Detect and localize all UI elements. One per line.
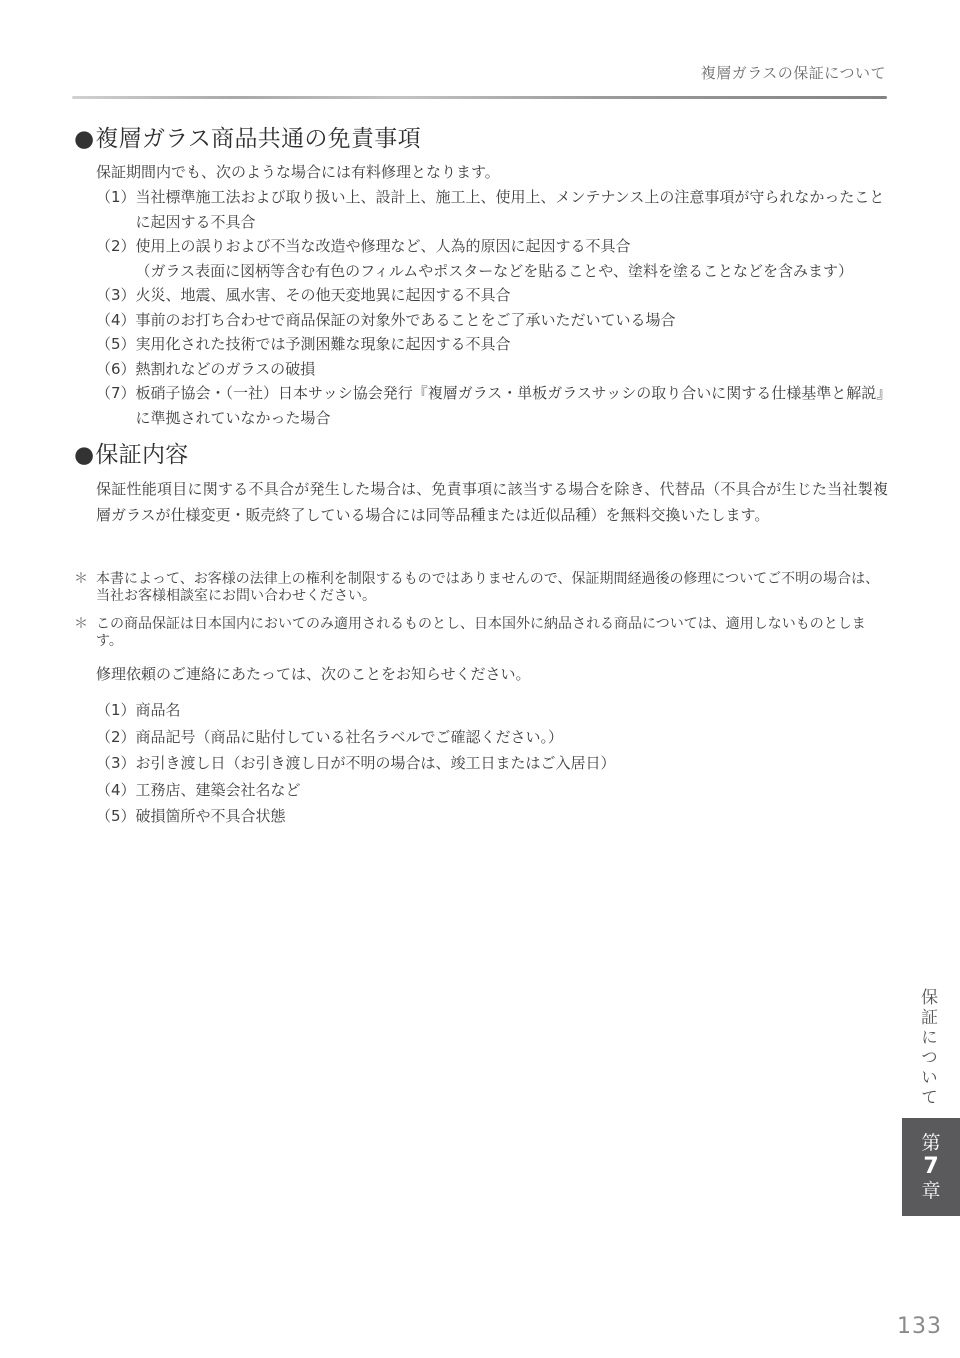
list-item: （2）商品記号（商品に貼付している社名ラベルでご確認ください。） — [96, 724, 888, 751]
item-text: お引き渡し日（お引き渡し日が不明の場合は、竣工日またはご入居日） — [136, 750, 888, 777]
item-number: （7） — [96, 381, 136, 430]
list-item: （2）使用上の誤りおよび不当な改造や修理など、人為的原因に起因する不具合（ガラス… — [96, 234, 888, 283]
list-item: （7）板硝子協会・（一社）日本サッシ協会発行『複層ガラス・単板ガラスサッシの取り… — [96, 381, 888, 430]
item-number: （3） — [96, 750, 136, 777]
list-item: （3）火災、地震、風水害、その他天変地異に起因する不具合 — [96, 283, 888, 308]
item-number: （2） — [96, 724, 136, 751]
item-body: 使用上の誤りおよび不当な改造や修理など、人為的原因に起因する不具合（ガラス表面に… — [136, 234, 888, 283]
chapter-prefix: 第 — [921, 1131, 940, 1155]
asterisk-icon: ＊ — [74, 616, 96, 650]
item-text: 商品記号（商品に貼付している社名ラベルでご確認ください。） — [136, 724, 888, 751]
list-item: （3）お引き渡し日（お引き渡し日が不明の場合は、竣工日またはご入居日） — [96, 750, 888, 777]
item-text: 実用化された技術では予測困難な現象に起因する不具合 — [136, 332, 888, 357]
chapter-suffix: 章 — [921, 1179, 940, 1203]
list-item: （6）熱割れなどのガラスの破損 — [96, 357, 888, 382]
note-item: ＊本書によって、お客様の法律上の権利を制限するものではありませんので、保証期間経… — [74, 571, 888, 605]
list-item: （4）工務店、建築会社名など — [96, 777, 888, 804]
section-title-warranty: ●保証内容 — [74, 436, 189, 469]
asterisk-icon: ＊ — [74, 571, 96, 605]
item-number: （4） — [96, 777, 136, 804]
page-number: 133 — [897, 1314, 942, 1339]
list-item: （4）事前のお打ち合わせで商品保証の対象外であることをご了承いただいている場合 — [96, 308, 888, 333]
contact-intro: 修理依頼のご連絡にあたっては、次のことをお知らせください。 — [96, 662, 531, 686]
item-text: 熱割れなどのガラスの破損 — [136, 357, 888, 382]
warranty-body: 保証性能項目に関する不具合が発生した場合は、免責事項に該当する場合を除き、代替品… — [96, 476, 888, 528]
item-text: 商品名 — [136, 697, 888, 724]
list-item: （5）破損箇所や不具合状態 — [96, 803, 888, 830]
disclaimer-intro: 保証期間内でも、次のような場合には有料修理となります。 — [96, 160, 500, 184]
chapter-number: 7 — [923, 1155, 938, 1179]
item-text: 板硝子協会・（一社）日本サッシ協会発行『複層ガラス・単板ガラスサッシの取り合いに… — [136, 381, 888, 430]
bullet-icon: ● — [74, 442, 94, 468]
item-text: 使用上の誤りおよび不当な改造や修理など、人為的原因に起因する不具合 — [136, 237, 631, 255]
item-subtext: （ガラス表面に図柄等含む有色のフィルムやポスターなどを貼ることや、塗料を塗ること… — [136, 262, 853, 280]
list-item: （1）商品名 — [96, 697, 888, 724]
note-text: 本書によって、お客様の法律上の権利を制限するものではありませんので、保証期間経過… — [96, 571, 888, 605]
item-number: （5） — [96, 803, 136, 830]
item-number: （6） — [96, 357, 136, 382]
section-title-text: 保証内容 — [95, 442, 188, 468]
section-title-text: 複層ガラス商品共通の免責事項 — [95, 126, 421, 152]
chapter-tab: 第 7 章 — [902, 1118, 960, 1216]
running-head: 複層ガラスの保証について — [701, 62, 886, 83]
list-item: （1）当社標準施工法および取り扱い上、設計上、施工上、使用上、メンテナンス上の注… — [96, 185, 888, 234]
note-text: この商品保証は日本国内においてのみ適用されるものとし、日本国外に納品される商品に… — [96, 616, 888, 650]
disclaimer-list: （1）当社標準施工法および取り扱い上、設計上、施工上、使用上、メンテナンス上の注… — [96, 185, 888, 430]
item-text: 破損箇所や不具合状態 — [136, 803, 888, 830]
item-text: 工務店、建築会社名など — [136, 777, 888, 804]
item-text: 当社標準施工法および取り扱い上、設計上、施工上、使用上、メンテナンス上の注意事項… — [136, 185, 888, 234]
item-text: 火災、地震、風水害、その他天変地異に起因する不具合 — [136, 283, 888, 308]
list-item: （5）実用化された技術では予測困難な現象に起因する不具合 — [96, 332, 888, 357]
section-title-disclaimer: ●複層ガラス商品共通の免責事項 — [74, 120, 421, 153]
item-number: （5） — [96, 332, 136, 357]
item-number: （4） — [96, 308, 136, 333]
header-rule — [72, 96, 887, 99]
side-section-label: 保証について — [914, 988, 940, 1108]
item-number: （1） — [96, 185, 136, 234]
note-item: ＊この商品保証は日本国内においてのみ適用されるものとし、日本国外に納品される商品… — [74, 616, 888, 650]
item-number: （3） — [96, 283, 136, 308]
item-number: （2） — [96, 234, 136, 283]
item-number: （1） — [96, 697, 136, 724]
contact-list: （1）商品名 （2）商品記号（商品に貼付している社名ラベルでご確認ください。） … — [96, 697, 888, 830]
bullet-icon: ● — [74, 126, 94, 152]
item-text: 事前のお打ち合わせで商品保証の対象外であることをご了承いただいている場合 — [136, 308, 888, 333]
